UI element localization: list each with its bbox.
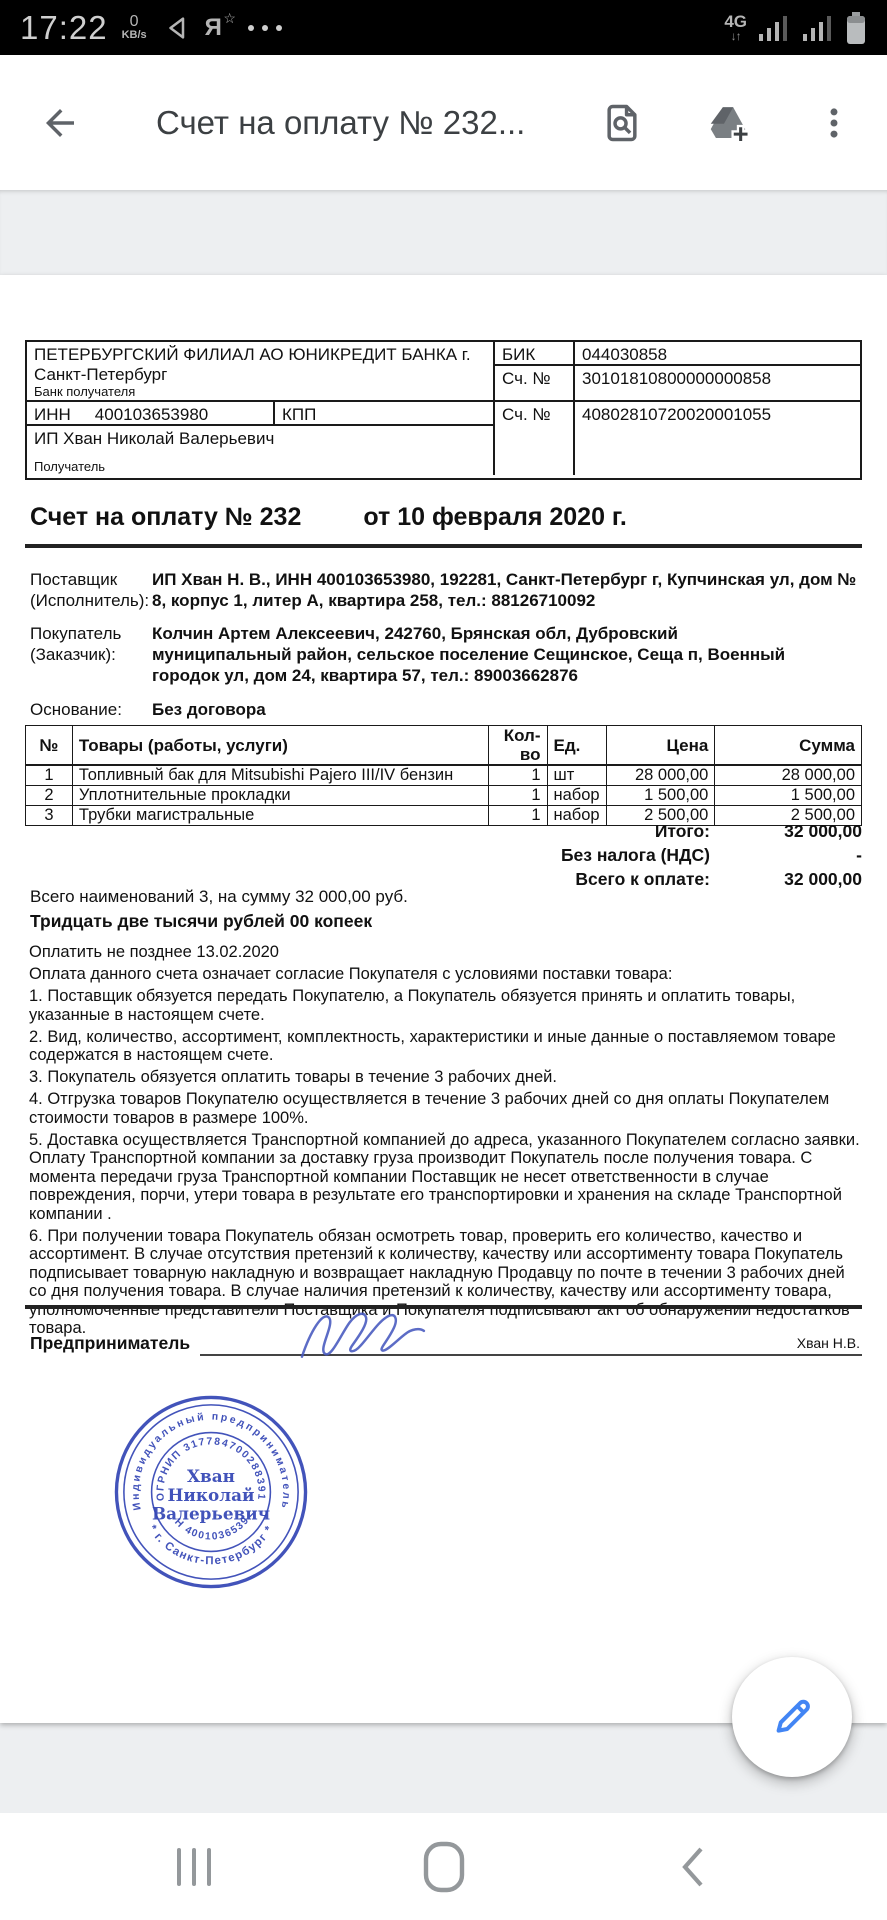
buyer-row: Покупатель (Заказчик): Колчин Артем Алек… — [30, 623, 807, 686]
terms-paragraph: 4. Отгрузка товаров Покупателю осуществл… — [29, 1090, 861, 1127]
account-label-cell: Сч. № — [495, 402, 575, 475]
terms-paragraph: 3. Покупатель обязуется оплатить товары … — [29, 1068, 861, 1087]
navigation-bar — [0, 1813, 887, 1920]
status-bar: 17:22 0 KB/s Я☆ 4G ↓↑ — [0, 0, 887, 55]
three-dot-menu-icon — [815, 104, 853, 142]
terms-paragraph: 2. Вид, количество, ассортимент, комплек… — [29, 1028, 861, 1065]
kpp-cell: КПП — [275, 402, 495, 426]
signature-row: Предприниматель Хван Н.В. — [30, 1330, 862, 1356]
terms-paragraph: 1. Поставщик обязуется передать Покупате… — [29, 987, 861, 1024]
total-row: Без налога (НДС) - — [25, 843, 862, 867]
edit-fab-button[interactable] — [732, 1657, 852, 1777]
goods-header-row: № Товары (работы, услуги) Кол-во Ед. Цен… — [26, 726, 862, 766]
stamp-name-line2: Николай — [167, 1485, 254, 1505]
invoice-heading: Счет на оплату № 232 от 10 февраля 2020 … — [30, 503, 627, 532]
signal-strength-icon-sim1 — [757, 13, 791, 43]
recipient-cell: ИП Хван Николай Валерьевич Получатель — [27, 426, 495, 475]
home-icon — [423, 1841, 465, 1893]
invoice-date: от 10 февраля 2020 г. — [363, 503, 626, 532]
signer-name: Хван Н.В. — [797, 1335, 860, 1351]
recents-icon — [173, 1846, 215, 1888]
account-value-cell: 40802810720020001055 — [575, 402, 860, 475]
heading-divider — [25, 544, 862, 548]
home-button[interactable] — [405, 1828, 483, 1906]
stamp-name-line3: Валерьевич — [152, 1504, 270, 1524]
table-row: 1 Топливный бак для Mitsubishi Pajero II… — [26, 765, 862, 786]
signature-scribble — [285, 1303, 445, 1365]
buyer-label: Покупатель (Заказчик): — [30, 623, 152, 686]
table-row: 2 Уплотнительные прокладки 1 набор 1 500… — [26, 786, 862, 806]
corr-account-value-cell: 30101810800000000858 — [575, 366, 860, 402]
pdf-page[interactable]: ПЕТЕРБУРГСКИЙ ФИЛИАЛ АО ЮНИКРЕДИТ БАНКА … — [0, 275, 887, 1723]
back-button[interactable] — [38, 101, 82, 145]
invoice-number: Счет на оплату № 232 — [30, 503, 301, 532]
find-in-document-button[interactable] — [599, 100, 645, 146]
supplier-row: Поставщик (Исполнитель): ИП Хван Н. В., … — [30, 569, 866, 611]
basis-value: Без договора — [152, 699, 266, 720]
back-chevron-icon — [674, 1844, 714, 1890]
inn-cell: ИНН400103653980 — [27, 402, 275, 426]
google-drive-add-icon — [705, 100, 751, 146]
total-row: Итого: 32 000,00 — [25, 819, 862, 843]
supplier-label: Поставщик (Исполнитель): — [30, 569, 152, 611]
basis-label: Основание: — [30, 699, 152, 720]
corr-account-label-cell: Сч. № — [495, 366, 575, 402]
col-header-qty: Кол-во — [488, 726, 547, 766]
app-bar: Счет на оплату № 232... — [0, 55, 887, 190]
company-stamp: Индивидуальный предприниматель * г. Санк… — [112, 1393, 310, 1591]
bank-requisites-table: ПЕТЕРБУРГСКИЙ ФИЛИАЛ АО ЮНИКРЕДИТ БАНКА … — [25, 340, 862, 480]
find-in-page-icon — [600, 101, 644, 145]
goods-table: № Товары (работы, услуги) Кол-во Ед. Цен… — [25, 725, 862, 826]
buyer-value: Колчин Артем Алексеевич, 242760, Брянска… — [152, 623, 807, 686]
col-header-name: Товары (работы, услуги) — [72, 726, 488, 766]
overflow-menu-button[interactable] — [811, 100, 857, 146]
network-type-icon: 4G ↓↑ — [724, 13, 747, 42]
basis-row: Основание: Без договора — [30, 699, 266, 720]
terms-paragraph: 5. Доставка осуществляется Транспортной … — [29, 1131, 861, 1224]
col-header-sum: Сумма — [715, 726, 862, 766]
pencil-icon — [768, 1693, 816, 1741]
amount-in-words: Тридцать две тысячи рублей 00 копеек — [30, 911, 372, 932]
signature-role-label: Предприниматель — [30, 1333, 190, 1356]
recipient-caption: Получатель — [34, 459, 105, 474]
bank-caption: Банк получателя — [34, 384, 135, 399]
more-notifications-icon — [248, 25, 282, 31]
clock: 17:22 — [20, 9, 108, 47]
notification-arrow-icon — [163, 13, 193, 43]
back-arrow-icon — [39, 102, 81, 144]
bank-name-cell: ПЕТЕРБУРГСКИЙ ФИЛИАЛ АО ЮНИКРЕДИТ БАНКА … — [27, 342, 495, 402]
viewer-background-top — [0, 190, 887, 275]
totals-block: Итого: 32 000,00 Без налога (НДС) - Всег… — [25, 819, 862, 891]
col-header-unit: Ед. — [547, 726, 606, 766]
recents-button[interactable] — [155, 1828, 233, 1906]
yandex-notification-icon: Я☆ — [205, 14, 222, 42]
battery-icon — [845, 11, 867, 45]
terms-paragraph: Оплатить не позднее 13.02.2020 — [29, 943, 861, 962]
terms-paragraph: Оплата данного счета означает согласие П… — [29, 965, 861, 984]
back-nav-button[interactable] — [655, 1828, 733, 1906]
col-header-num: № — [26, 726, 73, 766]
add-to-drive-button[interactable] — [705, 100, 751, 146]
payment-terms: Оплатить не позднее 13.02.2020 Оплата да… — [29, 943, 861, 1341]
col-header-price: Цена — [606, 726, 715, 766]
stamp-name-line1: Хван — [187, 1466, 235, 1486]
bik-label-cell: БИК — [495, 342, 575, 366]
signal-strength-icon-sim2 — [801, 13, 835, 43]
terms-paragraph: 6. При получении товара Покупатель обяза… — [29, 1227, 861, 1338]
network-speed-indicator: 0 KB/s — [122, 14, 147, 41]
supplier-value: ИП Хван Н. В., ИНН 400103653980, 192281,… — [152, 569, 866, 611]
items-summary: Всего наименований 3, на сумму 32 000,00… — [30, 887, 408, 907]
bik-value-cell: 044030858 — [575, 342, 860, 366]
document-title: Счет на оплату № 232... — [156, 104, 525, 142]
